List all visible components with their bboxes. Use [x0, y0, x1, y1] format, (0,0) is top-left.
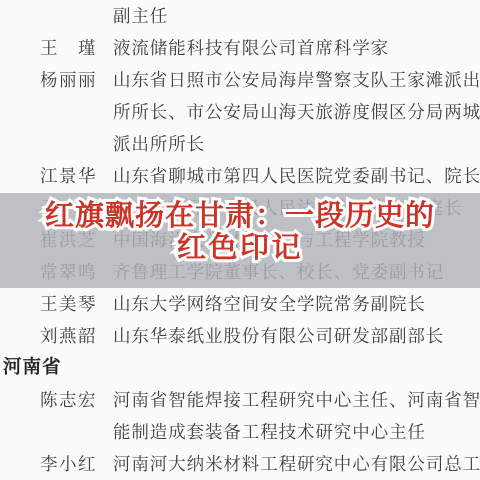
person-title-line: 能制造成套装备工程技术研究中心主任 — [113, 416, 480, 448]
overlay-title: 红旗飘扬在甘肃：一段历史的 红旗飘扬在甘肃：一段历史的 红色印记 红色印记 — [0, 199, 480, 264]
overlay-title-line1-text: 红旗飘扬在甘肃：一段历史的 — [45, 200, 435, 232]
person-name: 王美琴 — [40, 288, 113, 320]
person-title: 河南河大纳米材料工程研究中心有限公司总工 — [113, 448, 480, 480]
person-name: 江景华 — [40, 160, 113, 192]
person-title: 山东省聊城市第四人民医院党委副书记、院长 — [113, 160, 480, 192]
overlay-title-line2: 红色印记 红色印记 — [0, 233, 480, 264]
list-item: 李小红 河南河大纳米材料工程研究中心有限公司总工 — [0, 448, 480, 480]
person-title: 河南省智能焊接工程研究中心主任、河南省智能制造成套装备工程技术研究中心主任 — [113, 384, 480, 448]
list-item: 王美琴 山东大学网络空间安全学院常务副院长 — [0, 288, 480, 320]
person-name: 王 瑾 — [40, 32, 113, 64]
person-title: 山东大学网络空间安全学院常务副院长 — [113, 288, 480, 320]
list-item: 陈志宏 河南省智能焊接工程研究中心主任、河南省智能制造成套装备工程技术研究中心主… — [0, 384, 480, 448]
section-header: 河南省 — [0, 352, 480, 384]
person-title: 山东省日照市公安局海岸警察支队王家滩派出所所长、市公安局山海天旅游度假区分局两城… — [113, 64, 480, 160]
overlay-title-line1: 红旗飘扬在甘肃：一段历史的 红旗飘扬在甘肃：一段历史的 — [0, 199, 480, 233]
person-title-line: 河南河大纳米材料工程研究中心有限公司总工 — [113, 448, 480, 480]
person-title: 副主任 — [113, 0, 480, 32]
list-item: 王 瑾 液流储能科技有限公司首席科学家 — [0, 32, 480, 64]
person-name: 刘燕韶 — [40, 320, 113, 352]
person-title-line: 山东省日照市公安局海岸警察支队王家滩派出 — [113, 64, 480, 96]
person-name: 杨丽丽 — [40, 64, 113, 160]
person-name: 陈志宏 — [40, 384, 113, 448]
person-title-line: 副主任 — [113, 0, 480, 32]
person-title: 山东华泰纸业股份有限公司研发部副部长 — [113, 320, 480, 352]
document-page: 副主任 王 瑾 液流储能科技有限公司首席科学家 杨丽丽 山东省日照市公安局海岸警… — [0, 0, 480, 480]
person-title: 液流储能科技有限公司首席科学家 — [113, 32, 480, 64]
person-title-line: 山东大学网络空间安全学院常务副院长 — [113, 288, 480, 320]
person-title-line: 山东华泰纸业股份有限公司研发部副部长 — [113, 320, 480, 352]
list-item: 杨丽丽 山东省日照市公安局海岸警察支队王家滩派出所所长、市公安局山海天旅游度假区… — [0, 64, 480, 160]
person-title-line: 派出所所长 — [113, 128, 480, 160]
list-item: 副主任 — [0, 0, 480, 32]
list-item: 江景华 山东省聊城市第四人民医院党委副书记、院长 — [0, 160, 480, 192]
list-item: 刘燕韶 山东华泰纸业股份有限公司研发部副部长 — [0, 320, 480, 352]
person-title-line: 山东省聊城市第四人民医院党委副书记、院长 — [113, 160, 480, 192]
person-title-line: 河南省智能焊接工程研究中心主任、河南省智 — [113, 384, 480, 416]
person-title-line: 液流储能科技有限公司首席科学家 — [113, 32, 480, 64]
person-name — [40, 0, 113, 32]
person-title-line: 所所长、市公安局山海天旅游度假区分局两城 — [113, 96, 480, 128]
overlay-title-line2-text: 红色印记 — [177, 232, 303, 264]
person-name: 李小红 — [40, 448, 113, 480]
